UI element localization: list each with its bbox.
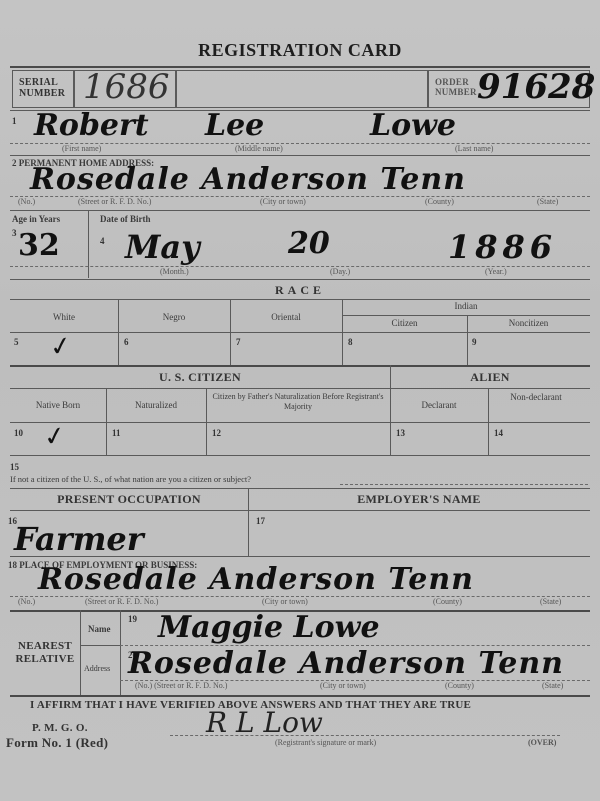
serial-label-box: SERIAL NUMBER [12, 70, 74, 108]
nearest-relative-label: NEAREST RELATIVE [10, 640, 80, 666]
first-name-caption: (First name) [62, 144, 101, 153]
field-number: 9 [472, 337, 477, 347]
field-number: 3 [12, 228, 17, 238]
order-number-box: ORDER NUMBER 91628 [428, 70, 590, 108]
address-caption-city: (City or town) [260, 197, 306, 206]
relative-name-value: Maggie Lowe [158, 610, 380, 645]
field-number: 8 [348, 337, 353, 347]
field-number: 6 [124, 337, 129, 347]
citizen-col-father: Citizen by Father's Naturalization Befor… [212, 392, 384, 412]
divider [10, 488, 590, 489]
employer-header: EMPLOYER'S NAME [248, 492, 590, 507]
order-number: 91628 [477, 67, 595, 107]
over-label: (OVER) [528, 738, 556, 747]
field-number: 11 [112, 428, 121, 438]
relative-caption-state: (State) [542, 681, 563, 690]
race-indian-header: Indian [342, 301, 590, 311]
age-label: Age in Years [12, 214, 60, 224]
us-citizen-header: U. S. CITIZEN [10, 370, 390, 385]
field-number: 10 [14, 428, 23, 438]
home-address-value: Rosedale Anderson Tenn [30, 162, 466, 197]
field-number: 7 [236, 337, 241, 347]
race-col-white: White [10, 312, 118, 322]
card-title: REGISTRATION CARD [0, 40, 600, 61]
citizen-col-naturalized: Naturalized [106, 400, 206, 410]
serial-label: SERIAL NUMBER [19, 77, 65, 99]
birth-day: 20 [288, 226, 330, 261]
signature-caption: (Registrant's signature or mark) [275, 738, 376, 747]
nearest-relative-line2: RELATIVE [10, 653, 80, 666]
race-col-negro: Negro [118, 312, 230, 322]
nation-question: If not a citizen of the U. S., of what n… [10, 474, 251, 484]
citizen-col-native: Native Born [10, 400, 106, 410]
address-caption-street: (Street or R. F. D. No.) [78, 197, 151, 206]
registration-card: REGISTRATION CARD SERIAL NUMBER 1686 ORD… [0, 0, 600, 801]
birth-month-caption: (Month.) [160, 267, 189, 276]
form-code: P. M. G. O. [32, 722, 88, 734]
serial-label-line2: NUMBER [19, 88, 65, 99]
relative-address-label: Address [84, 664, 110, 673]
field-number: 15 [10, 462, 19, 472]
employment-caption-no: (No.) [18, 597, 35, 606]
middle-name: Lee [205, 108, 264, 143]
divider [10, 210, 590, 211]
order-label: ORDER NUMBER [435, 77, 477, 97]
blank-box [176, 70, 428, 108]
relative-caption-county: (County) [445, 681, 474, 690]
employment-caption-county: (County) [433, 597, 462, 606]
divider [80, 645, 120, 646]
divider [342, 315, 590, 316]
divider [10, 155, 590, 156]
dob-label: Date of Birth [100, 214, 151, 224]
occupation-value: Farmer [14, 520, 144, 558]
employment-caption-street: (Street or R. F. D. No.) [85, 597, 158, 606]
divider [10, 556, 590, 557]
field-number: 19 [128, 614, 137, 624]
divider [10, 455, 590, 456]
order-label-line2: NUMBER [435, 87, 477, 97]
divider [10, 422, 590, 423]
middle-name-caption: (Middle name) [235, 144, 283, 153]
birth-year: 1886 [448, 228, 557, 266]
serial-number: 1686 [83, 67, 170, 107]
divider [120, 610, 121, 695]
age-value: 32 [18, 228, 60, 263]
divider [80, 610, 81, 695]
address-caption-state: (State) [537, 197, 558, 206]
place-of-employment-value: Rosedale Anderson Tenn [38, 562, 474, 597]
race-col-indian-citizen: Citizen [342, 318, 467, 328]
last-name: Lowe [370, 108, 456, 143]
order-label-line1: ORDER [435, 77, 477, 87]
employment-caption-city: (City or town) [262, 597, 308, 606]
serial-number-box: 1686 [74, 70, 176, 108]
alien-col-declarant: Declarant [390, 400, 488, 410]
birth-month: May [125, 228, 200, 266]
field-number: 13 [396, 428, 405, 438]
relative-address-value: Rosedale Anderson Tenn [128, 646, 564, 681]
alien-col-nondeclarant: Non-declarant [496, 392, 576, 403]
check-mark-icon: ✓ [48, 330, 75, 363]
divider [10, 279, 590, 280]
field-number: 4 [100, 236, 105, 246]
form-number: Form No. 1 (Red) [6, 735, 108, 751]
field-number: 12 [212, 428, 221, 438]
divider [10, 299, 590, 300]
divider [10, 388, 590, 389]
alien-header: ALIEN [390, 370, 590, 385]
field-number: 14 [494, 428, 503, 438]
divider [10, 332, 590, 333]
field-number: 5 [14, 337, 19, 347]
occupation-header: PRESENT OCCUPATION [10, 492, 248, 507]
address-caption-no: (No.) [18, 197, 35, 206]
race-header: RACE [0, 283, 600, 298]
divider [10, 510, 590, 511]
check-mark-icon: ✓ [42, 420, 69, 453]
nearest-relative-line1: NEAREST [10, 640, 80, 653]
dotted-line [340, 484, 588, 485]
birth-year-caption: (Year.) [485, 267, 507, 276]
address-caption-county: (County) [425, 197, 454, 206]
divider [10, 695, 590, 697]
signature-line [170, 735, 560, 736]
first-name: Robert [34, 108, 149, 143]
race-col-indian-noncitizen: Noncitizen [467, 318, 590, 328]
field-number: 17 [256, 516, 265, 526]
race-col-oriental: Oriental [230, 312, 342, 322]
relative-name-label: Name [88, 624, 111, 634]
last-name-caption: (Last name) [455, 144, 493, 153]
field-number: 1 [12, 116, 17, 126]
serial-label-line1: SERIAL [19, 77, 65, 88]
employment-caption-state: (State) [540, 597, 561, 606]
divider [88, 210, 89, 278]
birth-day-caption: (Day.) [330, 267, 350, 276]
relative-caption-street: (No.) (Street or R. F. D. No.) [135, 681, 227, 690]
divider [10, 365, 590, 367]
relative-caption-city: (City or town) [320, 681, 366, 690]
